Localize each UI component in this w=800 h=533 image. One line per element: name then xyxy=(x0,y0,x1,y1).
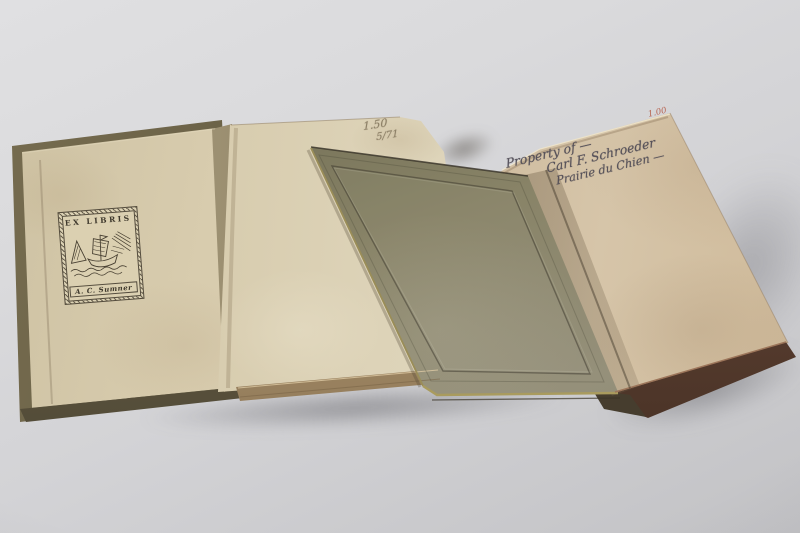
photo-canvas: EX LIBRIS A. C. Sumner 1.50 5/71 xyxy=(0,0,800,533)
photo-vignette xyxy=(0,0,800,533)
